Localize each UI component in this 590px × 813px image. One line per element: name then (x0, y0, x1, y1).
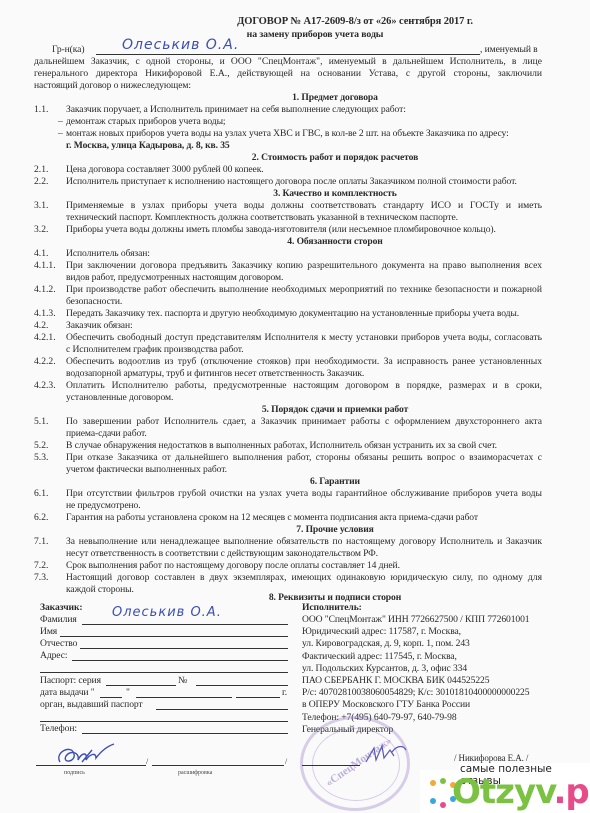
intro-line3: генерального директора Никифоровой Е.А.,… (34, 68, 542, 80)
clause-text: В случае обнаружения недостатков в выпол… (66, 440, 497, 452)
clause-text: Обеспечить водоотлив из труб (отключение… (66, 356, 542, 368)
clause-text: Исполнитель обязан: (66, 248, 150, 260)
clause-number: 5.2. (34, 440, 48, 452)
client-decode-line (152, 765, 284, 766)
client-signature-line (36, 765, 146, 766)
clause-number: 4.2. (34, 320, 48, 332)
clause-text: При отказе Заказчика от дальнейшего выпо… (66, 452, 542, 464)
phone-label: Телефон: (40, 723, 77, 735)
passport-issuer-field (156, 709, 288, 710)
contractor-detail-line: ул. Кировоградская, д. 9, корп. 1, пом. … (302, 638, 470, 650)
director-signature-icon (364, 742, 408, 766)
director-signature-line (302, 765, 360, 766)
clause-text: За невыполнение или ненадлежащее выполне… (66, 536, 542, 548)
contractor-detail-line: Фактический адрес: 117545, г. Москва, (302, 651, 457, 663)
clause-number: 3.1. (34, 200, 48, 212)
issue-month-field (136, 697, 232, 698)
clause-text: Приборы учета воды должны иметь пломбы з… (66, 224, 496, 236)
clause-text: водозапорной арматуры, труб и фитингов н… (66, 368, 364, 380)
signature-caption: подпись (64, 770, 85, 776)
address-field (72, 660, 288, 661)
surname-field (82, 624, 288, 625)
watermark-brand-suffix: .pro (554, 772, 590, 812)
requisites-heading: 8. Реквизиты и подписи сторон (0, 592, 590, 604)
contract-page: ДОГОВОР № А17-2609-8/з от «26» сентября … (0, 0, 590, 813)
clause-text: учетом фактически выполненных работ. (66, 464, 227, 476)
watermark-brand-main: Otzyv (452, 772, 554, 812)
issue-year-field (236, 697, 280, 698)
clause-text: монтаж новых приборов учета воды на узла… (66, 128, 509, 140)
phone-field (82, 733, 288, 734)
contractor-detail-line: в ОПЕРУ Московского ГТУ Банка России (302, 699, 470, 711)
contractor-title: Исполнитель: (302, 602, 362, 614)
contractor-detail-line: ООО "СпецМонтаж" ИНН 7726627500 / КПП 77… (302, 614, 530, 626)
clause-number: 4.2.3. (34, 380, 56, 392)
clause-number: 7.1. (34, 536, 48, 548)
clause-number: 2.2. (34, 176, 48, 188)
section-heading: 5. Порядок сдачи и приемки работ (0, 404, 590, 416)
watermark-logo[interactable]: Otzyv.pro (452, 772, 590, 812)
passport-issuer-label: орган, выдавший паспорт (40, 699, 143, 711)
client-name-line (96, 54, 480, 55)
clause-number: 4.1. (34, 248, 48, 260)
section-heading: 7. Прочие условия (0, 524, 590, 536)
clause-text: Цена договора составляет 3000 рублей 00 … (66, 164, 264, 176)
clause-number: 4.2.1. (34, 332, 56, 344)
intro-line4: настоящий договор о нижеследующем: (34, 80, 191, 92)
clause-text: установленные договором. (66, 392, 173, 404)
clause-number: 2.1. (34, 164, 48, 176)
client-title: Заказчик: (40, 602, 82, 614)
clause-number: 6.1. (34, 488, 48, 500)
passport-series-label: Паспорт: серия (40, 675, 101, 687)
passport-issuer-field-2 (40, 721, 288, 722)
contractor-detail-line: Юридический адрес: 117587, г. Москва, (302, 626, 461, 638)
issue-date-quote: " (126, 687, 130, 699)
contractor-detail-line: ПАО СБЕРБАНК Г. МОСКВА БИК 044525225 (302, 675, 489, 687)
name-field (60, 636, 288, 637)
contractor-detail-line: ул. Подольских Курсантов, д. 3, офис 334 (302, 663, 467, 675)
clause-number: 3.2. (34, 224, 48, 236)
surname-label: Фамилия (40, 614, 77, 626)
passport-number-label: № (178, 675, 187, 687)
clause-text: При заключении договора предъявить Заказ… (66, 260, 542, 272)
patronymic-field (80, 648, 288, 649)
clause-text: приема-сдачи работ. (66, 428, 147, 440)
decode-caption: расшифровка (178, 770, 212, 776)
clause-text: Гарантия на работы установлена сроком на… (66, 512, 478, 524)
intro-line2: дальнейшем Заказчик, с одной стороны, и … (34, 56, 542, 68)
section-heading: 3. Качество и комплектность (0, 188, 590, 200)
clause-text: несут ответственность в соответствии с д… (66, 548, 378, 560)
address-label: Адрес: (40, 650, 67, 662)
clause-number: 7.3. (34, 572, 48, 584)
client-signature-icon (52, 742, 116, 772)
clause-number: 4.1.1. (34, 260, 56, 272)
issue-year-suffix: г. (282, 687, 287, 699)
issue-day-field (100, 697, 122, 698)
clause-number: 5.3. (34, 452, 48, 464)
issue-date-label: дата выдачи " (40, 687, 95, 699)
clause-number: – (58, 128, 63, 140)
slash: / (285, 756, 287, 768)
patronymic-label: Отчество (40, 638, 77, 650)
clause-text: не предусмотрено. (66, 500, 141, 512)
section-heading: 2. Стоимость работ и порядок расчетов (0, 152, 590, 164)
clause-number: 4.2.2. (34, 356, 56, 368)
section-heading: 6. Гарантии (0, 476, 590, 488)
clause-text: Применяемые в узлах приборы учета воды д… (66, 200, 542, 212)
surname-handwritten: Олеськив О.А. (112, 605, 222, 620)
contractor-detail-line: Р/с: 40702810038060054829; К/с: 30101810… (302, 687, 529, 699)
clause-text: Передать Заказчику тех. паспорта и другу… (66, 308, 519, 320)
clause-text: Оплатить Исполнителю работы, предусмотре… (66, 380, 542, 392)
name-label: Имя (40, 626, 57, 638)
slash: / (146, 756, 148, 768)
clause-number: 4.1.2. (34, 284, 56, 296)
contract-subtitle: на замену приборов учета воды (0, 29, 590, 41)
clause-text: При отсутствии фильтров грубой очистки н… (66, 488, 542, 500)
clause-text: Настоящий договор составлен в двух экзем… (66, 572, 542, 584)
passport-series-field (106, 685, 176, 686)
intro-line1-end: , именуемый в (480, 44, 538, 56)
clause-text: с Исполнителем график производства работ… (66, 344, 243, 356)
passport-number-field (196, 685, 288, 686)
clause-number: 6.2. (34, 512, 48, 524)
clause-number: 5.1. (34, 416, 48, 428)
clause-number: 7.2. (34, 560, 48, 572)
party-label: Гр-н(ка) (52, 44, 84, 56)
address-field-2 (40, 672, 288, 673)
clause-text: Обеспечить свободный доступ представител… (66, 332, 542, 344)
clause-text: видов работ, предусмотренных настоящим д… (66, 272, 283, 284)
clause-text: Исполнитель приступает к исполнению наст… (66, 176, 517, 188)
clause-text: По завершении работ Исполнитель сдает, а… (66, 416, 542, 428)
clause-text: Срок выполнения работ по настоящему дого… (66, 560, 400, 572)
clause-text: Заказчик обязан: (66, 320, 133, 332)
clause-number: 1.1. (34, 104, 48, 116)
clause-text: технический паспорт. Комплектность должн… (66, 212, 458, 224)
clause-text: г. Москва, улица Кадырова, д. 8, кв. 35 (66, 140, 230, 152)
section-heading: 1. Предмет договора (0, 92, 590, 104)
clause-text: Заказчик поручает, а Исполнитель принима… (66, 104, 406, 116)
client-handwritten-name: Олеськив О.А. (122, 37, 239, 53)
clause-text: При производстве работ обеспечить выполн… (66, 284, 542, 296)
clause-text: безопасности. (66, 296, 122, 308)
clause-number: 4.1.3. (34, 308, 56, 320)
clause-text: демонтаж старых приборов учета воды; (66, 116, 226, 128)
clause-number: – (58, 116, 63, 128)
section-heading: 4. Обязанности сторон (0, 236, 590, 248)
contract-title: ДОГОВОР № А17-2609-8/з от «26» сентября … (0, 16, 590, 28)
